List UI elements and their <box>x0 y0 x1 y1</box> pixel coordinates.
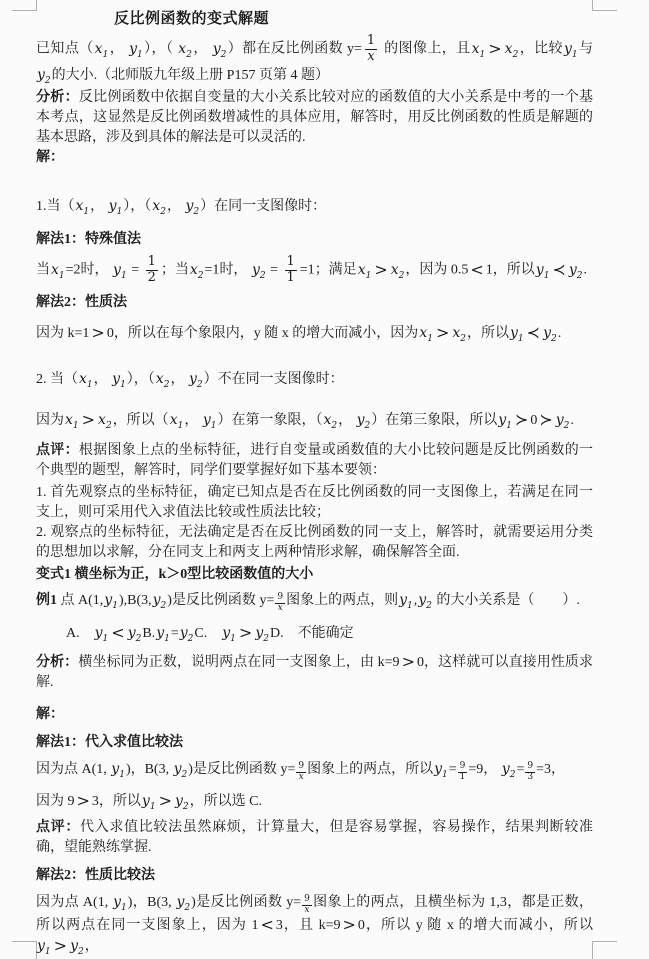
math-variable: y2 <box>184 198 200 214</box>
math-variable: y2 <box>36 67 52 83</box>
math-variable: x1 <box>50 262 66 278</box>
text: 因为 <box>36 413 64 428</box>
math-variable: x1 <box>169 412 185 428</box>
bold-text: 解法2：性质法 <box>36 295 127 310</box>
text: 3，且 k=9 <box>276 918 341 933</box>
math-symbol: > <box>75 791 92 810</box>
math-text: =3 <box>536 762 551 777</box>
math-text: = <box>171 626 179 641</box>
text: ， <box>167 199 185 214</box>
math-symbol: ≻ <box>537 410 554 429</box>
math-variable: y2 <box>212 41 228 57</box>
text: . <box>584 263 588 278</box>
case2-heading: 2. 当（x1， y1），（x2， y2）不在同一支图像时： <box>36 369 593 390</box>
math-variable: y1 <box>509 325 525 341</box>
math-text: y= <box>280 762 295 777</box>
text: 2. 当（ <box>36 372 78 387</box>
document-page: 反比例函数的变式解题 已知点（x1， y1），（ x2， y2）都在反比例函数 … <box>0 0 649 959</box>
case1-heading: 1.当（x1， y1），（x2， y2）在同一支图像时： <box>36 196 593 217</box>
math-variable: y1 <box>202 412 218 428</box>
math-symbol: < <box>258 915 275 934</box>
math-variable: y1 <box>36 938 52 954</box>
text: 根据图象上点的坐标特征，进行自变量或函数值的大小比较问题是反比例函数的一个典型的… <box>36 443 593 478</box>
text: 时， <box>219 263 251 278</box>
math-variable: y1 <box>108 198 124 214</box>
math-variable: y1 <box>141 793 157 809</box>
crop-mark-top-right-icon <box>592 0 617 11</box>
text: ， <box>109 42 128 57</box>
ex1-method1-body-1: 因为点 A(1, y1)，B(3, y2)是反比例函数 y=9x图象上的两点，所… <box>36 759 593 783</box>
text: 1，所以 <box>486 263 535 278</box>
math-variable: x2 <box>390 262 406 278</box>
math-variable: y1 <box>563 41 579 57</box>
math-symbol: > <box>80 410 97 429</box>
math-variable: y1 <box>398 592 414 608</box>
bold-text: 解法2：性质比较法 <box>36 868 155 883</box>
crop-mark-bottom-left-icon <box>12 941 37 959</box>
math-text: y= <box>286 895 301 910</box>
key-point-1: 1. 首先观察点的坐标特征，确定已知点是否在反比例函数的同一支图像上，若满足在同… <box>36 483 593 523</box>
math-variable: y2 <box>542 325 558 341</box>
math-variable: x2 <box>504 41 520 57</box>
text: 因为点 A(1, <box>36 762 110 777</box>
text: ， <box>184 413 202 428</box>
math-variable: y2 <box>501 761 517 777</box>
math-variable: x2 <box>155 371 171 387</box>
math-variable: y1 <box>497 412 513 428</box>
math-variable: x2 <box>189 262 205 278</box>
math-variable: y2 <box>251 262 267 278</box>
key-point-2: 2. 观察点的坐标特征，无法确定是否在反比例函数的同一支上，解答时，就需要运用分… <box>36 523 593 563</box>
math-variable: y1 <box>103 592 119 608</box>
text: ， <box>90 199 108 214</box>
math-variable: y2 <box>568 262 584 278</box>
text: ，所以 <box>467 326 509 341</box>
doc-body: 已知点（x1， y1），（ x2， y2）都在反比例函数 y=1x 的图像上，且… <box>36 34 593 957</box>
text: ，比较 <box>519 42 563 57</box>
bold-text: 分析： <box>36 655 78 670</box>
math-symbol: > <box>400 652 417 671</box>
text: ，因为 0.5 <box>405 263 468 278</box>
text: ；满足 <box>315 263 357 278</box>
fraction: 9x <box>274 593 286 614</box>
math-variable: y1 <box>110 761 126 777</box>
math-variable: x1 <box>64 412 80 428</box>
text: 代入求值比较法虽然麻烦，计算量大，但是容易掌握，容易操作，结果判断较准确，望能熟… <box>36 820 593 855</box>
text: C. <box>194 626 221 641</box>
math-symbol: > <box>89 323 106 342</box>
method2-heading: 解法2：性质法 <box>36 293 593 313</box>
text: A. <box>66 626 94 641</box>
math-variable: y2 <box>127 625 143 641</box>
text: 的图像上，且 <box>380 42 470 57</box>
math-symbol: > <box>237 623 254 642</box>
text: 图象上的两点，则 <box>286 593 398 608</box>
math-variable: x2 <box>451 325 467 341</box>
math-text: =9 <box>468 762 483 777</box>
text: ，所以选 C. <box>190 794 262 809</box>
math-text: y= <box>347 42 362 57</box>
math-symbol: ≻ <box>513 410 530 429</box>
analysis-paragraph: 分析：反比例函数中依据自变量的大小关系比较对应的函数值的大小关系是中考的一个基本… <box>36 88 593 148</box>
math-variable: y2 <box>188 371 204 387</box>
math-symbol: > <box>486 39 503 58</box>
fraction: 12 <box>143 255 161 286</box>
example1-statement: 例1 点 A(1,y1),B(3,y2)是反比例函数 y=9x图象上的两点，则y… <box>36 590 593 614</box>
math-variable: x2 <box>177 41 193 57</box>
text: 反比例函数中依据自变量的大小关系比较对应的函数值的大小关系是中考的一个基本考点，… <box>36 90 593 145</box>
text: )是反比例函数 <box>167 593 259 608</box>
math-variable: x1 <box>75 198 91 214</box>
text: )，B(3, <box>126 762 173 777</box>
text: 0，所以 y 随 x 的增大而减小，所以 <box>358 918 593 933</box>
math-variable: y1 <box>112 894 128 910</box>
math-variable: x1 <box>78 371 94 387</box>
text: . <box>570 413 574 428</box>
text: ， <box>170 372 188 387</box>
math-variable: y2 <box>179 625 195 641</box>
doc-title: 反比例函数的变式解题 <box>114 9 593 29</box>
problem-statement: 已知点（x1， y1），（ x2， y2）都在反比例函数 y=1x 的图像上，且… <box>36 34 593 86</box>
text: 横坐标同为正数，说明两点在同一支图象上，由 k=9 <box>78 655 399 670</box>
bold-text: 点评： <box>36 820 80 835</box>
math-variable: y2 <box>174 793 190 809</box>
math-symbol: > <box>434 323 451 342</box>
text: D. 不能确定 <box>270 626 354 641</box>
text: ，所以（ <box>113 413 169 428</box>
solution-label: 解： <box>36 148 593 168</box>
bold-text: 解法1：特殊值法 <box>36 232 141 247</box>
crop-mark-top-left-icon <box>12 0 37 11</box>
variant1-heading: 变式1 横坐标为正，k＞0型比较函数值的大小 <box>36 565 593 585</box>
crop-mark-bottom-right-icon <box>592 941 617 959</box>
math-text: = <box>449 762 457 777</box>
math-variable: y1 <box>155 625 171 641</box>
method1-heading: 解法1：特殊值法 <box>36 230 593 250</box>
fraction: 1x <box>362 34 380 65</box>
text: ；当 <box>161 263 189 278</box>
bold-text: 分析： <box>36 90 79 105</box>
fraction: 93 <box>524 762 536 783</box>
math-symbol: > <box>372 260 389 279</box>
text: ）在同一支图像时： <box>200 199 326 214</box>
bold-text: 解： <box>36 707 64 722</box>
math-symbol: > <box>52 936 69 955</box>
text: )是反比例函数 <box>191 895 286 910</box>
math-symbol: < <box>109 623 126 642</box>
text: )是反比例函数 <box>188 762 280 777</box>
math-text: = <box>128 263 143 278</box>
text: 当 <box>36 263 50 278</box>
text: ， <box>94 372 112 387</box>
math-variable: y2 <box>417 592 433 608</box>
text: 已知点（ <box>36 42 94 57</box>
math-variable: y1 <box>111 371 127 387</box>
bold-text: 变式1 横坐标为正，k＞0型比较函数值的大小 <box>36 567 313 582</box>
text: ），（ <box>127 372 155 387</box>
case2-body: 因为x1>x2，所以（x1， y1）在第一象限，（x2， y2）在第三象限，所以… <box>36 410 593 431</box>
math-symbol: < <box>468 260 485 279</box>
math-text: =1 <box>300 263 315 278</box>
text: 0，所以在每个象限内，y 随 x 的增大而减小，因为 <box>107 326 419 341</box>
text: 3，所以 <box>92 794 141 809</box>
math-variable: x2 <box>97 412 113 428</box>
text: ），（ <box>123 199 151 214</box>
text: 2. 观察点的坐标特征，无法确定是否在反比例函数的同一支上，解答时，就需要运用分… <box>36 525 593 560</box>
ex1-method1-body-2: 因为 9>3，所以y1>y2，所以选 C. <box>36 791 593 812</box>
math-variable: y1 <box>535 262 551 278</box>
text: 1. 首先观察点的坐标特征，确定已知点是否在反比例函数的同一支图像上，若满足在同… <box>36 485 593 520</box>
math-variable: y2 <box>175 894 191 910</box>
text: )，B(3, <box>128 895 176 910</box>
fraction: 9x <box>301 895 313 916</box>
bold-text: 解法1：代入求值比较法 <box>36 735 183 750</box>
text: ）都在反比例函数 <box>227 42 347 57</box>
example1-choices: A. y1<y2B.y1=y2C. y1>y2D. 不能确定 <box>66 623 593 644</box>
text: 时， <box>81 263 113 278</box>
math-variable: x1 <box>418 325 434 341</box>
math-variable: y1 <box>221 625 237 641</box>
math-variable: x2 <box>151 198 167 214</box>
ex1-method2-heading: 解法2：性质比较法 <box>36 866 593 886</box>
math-text: =1 <box>205 263 220 278</box>
ex1-comment: 点评：代入求值比较法虽然麻烦，计算量大，但是容易掌握，容易操作，结果判断较准确，… <box>36 818 593 858</box>
math-variable: y2 <box>173 761 189 777</box>
text: 与 <box>579 42 593 57</box>
math-variable: x1 <box>94 41 110 57</box>
math-symbol: > <box>341 915 358 934</box>
math-symbol: ≺ <box>525 323 542 342</box>
text: ， <box>85 939 99 954</box>
document-content: 反比例函数的变式解题 已知点（x1， y1），（ x2， y2）都在反比例函数 … <box>36 9 593 957</box>
text: ）在第一象限，（ <box>217 413 322 428</box>
math-symbol: > <box>157 791 174 810</box>
math-variable: y1 <box>112 262 128 278</box>
text: ),B(3, <box>119 593 152 608</box>
text: ）不在同一支图像时： <box>204 372 344 387</box>
math-variable: y2 <box>254 625 270 641</box>
math-variable: x1 <box>471 41 487 57</box>
text: 因为点 A(1, <box>36 895 112 910</box>
text: 因为 k=1 <box>36 326 89 341</box>
math-variable: y1 <box>433 761 449 777</box>
bold-text: 点评： <box>36 443 79 458</box>
ex1-method2-body: 因为点 A(1, y1)，B(3, y2)是反比例函数 y=9x图象上的两点，且… <box>36 892 593 958</box>
text: . <box>558 326 562 341</box>
bold-text: 解： <box>36 150 64 165</box>
method1-body: 当x1=2时， y1 = 12；当x2=1时， y2 = 11=1；满足x1>x… <box>36 255 593 286</box>
math-variable: x1 <box>357 262 373 278</box>
math-text: = <box>267 263 282 278</box>
example1-analysis: 分析：横坐标同为正数，说明两点在同一支图象上，由 k=9>0，这样就可以直接用性… <box>36 652 593 693</box>
example1-solution-label: 解： <box>36 705 593 725</box>
math-text: =2 <box>66 263 81 278</box>
text: B. <box>142 626 155 641</box>
text: ， <box>551 762 565 777</box>
text: ， <box>483 762 501 777</box>
fraction: 11 <box>282 255 300 286</box>
math-variable: y2 <box>152 592 168 608</box>
math-variable: y1 <box>128 41 144 57</box>
math-variable: y2 <box>555 412 571 428</box>
ex1-method1-heading: 解法1：代入求值比较法 <box>36 733 593 753</box>
text: ）在第三象限，所以 <box>371 413 497 428</box>
text: 图象上的两点，所以 <box>307 762 433 777</box>
bold-text: 例1 <box>36 593 57 608</box>
math-variable: x2 <box>322 412 338 428</box>
text: 1.当（ <box>36 199 75 214</box>
text: 点 A(1, <box>57 593 103 608</box>
math-symbol: ≺ <box>550 260 567 279</box>
math-variable: y2 <box>69 938 85 954</box>
math-variable: y1 <box>94 625 110 641</box>
math-variable: y2 <box>356 412 372 428</box>
method2-body: 因为 k=1>0，所以在每个象限内，y 随 x 的增大而减小，因为x1>x2，所… <box>36 323 593 344</box>
fraction: 91 <box>457 762 469 783</box>
math-text: y= <box>259 593 274 608</box>
fraction: 9x <box>295 762 307 783</box>
comment-paragraph: 点评：根据图象上点的坐标特征，进行自变量或函数值的大小比较问题是反比例函数的一个… <box>36 441 593 481</box>
text: 的大小关系是（ ）. <box>433 593 580 608</box>
text: 因为 9 <box>36 794 75 809</box>
text: 的大小.（北师版九年级上册 P157 页第 4 题） <box>52 68 329 83</box>
text: ， <box>193 42 212 57</box>
text: ， <box>338 413 356 428</box>
text: ），（ <box>144 42 178 57</box>
math-text: = <box>516 762 524 777</box>
